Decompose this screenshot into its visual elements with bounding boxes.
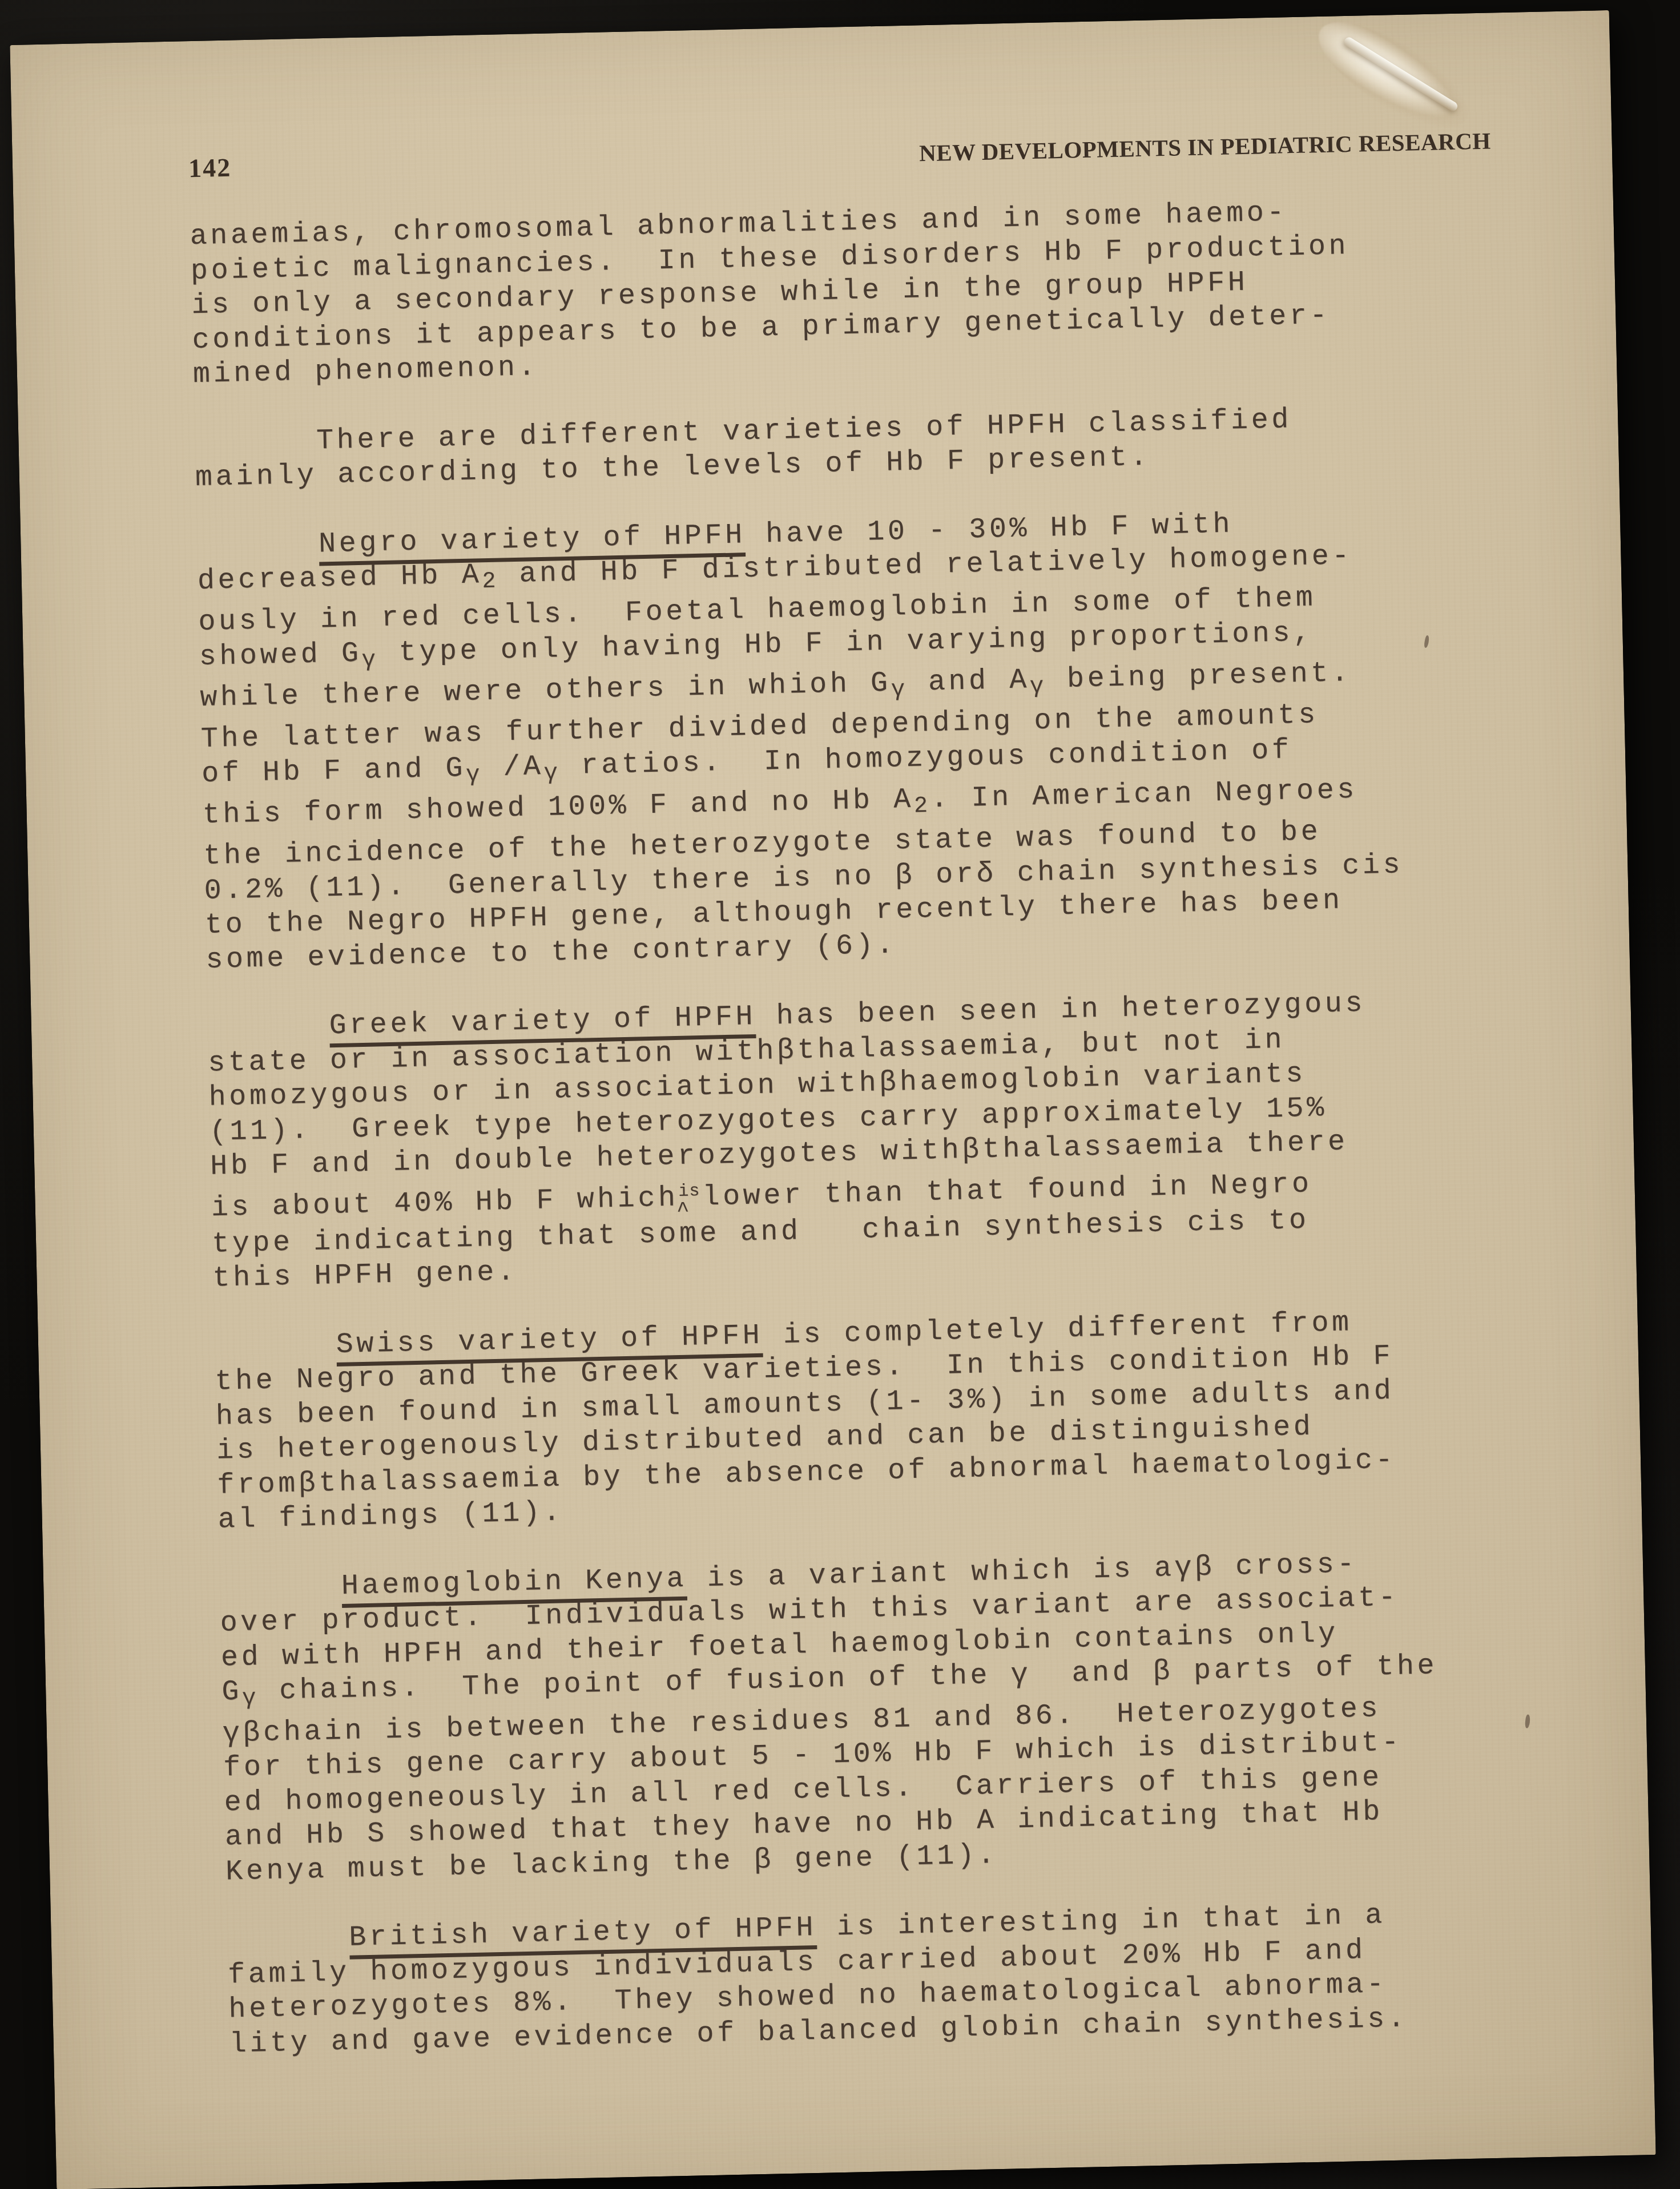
text-segment: /A	[482, 751, 544, 784]
text-segment	[196, 528, 319, 563]
text-segment: G	[221, 1676, 243, 1709]
text-segment	[207, 1010, 329, 1046]
paragraph: Haemoglobin Kenya is a variant which is …	[219, 1541, 1650, 1890]
text-segment: showed G	[199, 638, 362, 674]
page-number: 142	[188, 152, 232, 184]
running-title: NEW DEVELOPMENTS IN PEDIATRIC RESEARCH	[919, 127, 1491, 167]
text-segment: this HPFH gene.	[212, 1256, 518, 1296]
text-segment: being present.	[1046, 657, 1352, 696]
paragraph: Greek variety of HPFH has been seen in h…	[207, 981, 1636, 1297]
text-segment: γ	[1030, 674, 1048, 700]
text-segment: γ	[466, 762, 484, 788]
text-segment	[214, 1329, 337, 1364]
text-segment: of Hb F and G	[202, 752, 466, 791]
document-page: 142 NEW DEVELOPMENTS IN PEDIATRIC RESEAR…	[10, 10, 1655, 2189]
text-segment	[219, 1570, 342, 1606]
text-segment	[227, 1922, 349, 1957]
text-segment: 2	[482, 569, 499, 595]
text-segment: 2	[914, 793, 932, 820]
text-segment: γ	[543, 760, 561, 787]
text-segment: and A	[908, 664, 1030, 699]
text-segment: γ	[891, 677, 908, 703]
paragraph: anaemias, chromosomal abnormalities and …	[190, 189, 1617, 393]
body-text: anaemias, chromosomal abnormalities and …	[14, 189, 1653, 2066]
text-segment: ^	[676, 1195, 676, 1229]
paragraph: British variety of HPFH is interesting i…	[227, 1893, 1653, 2062]
photo-background: { "colors": { "background": "#0d0c0a", "…	[0, 0, 1680, 2189]
paragraph: There are different varieties of HPFH cl…	[194, 396, 1619, 495]
text-segment: γ	[242, 1686, 260, 1712]
text-segment: γ	[361, 647, 379, 674]
text-segment: al findings (11).	[217, 1497, 563, 1537]
text-segment: is about 40% Hb F which	[211, 1182, 679, 1224]
paragraph: Swiss variety of HPFH is completely diff…	[214, 1300, 1642, 1538]
text-segment: decreased Hb A	[197, 559, 482, 598]
paragraph: Negro variety of HPFH have 10 - 30% Hb F…	[196, 499, 1630, 978]
text-segment: mined phenomenon.	[192, 351, 538, 391]
